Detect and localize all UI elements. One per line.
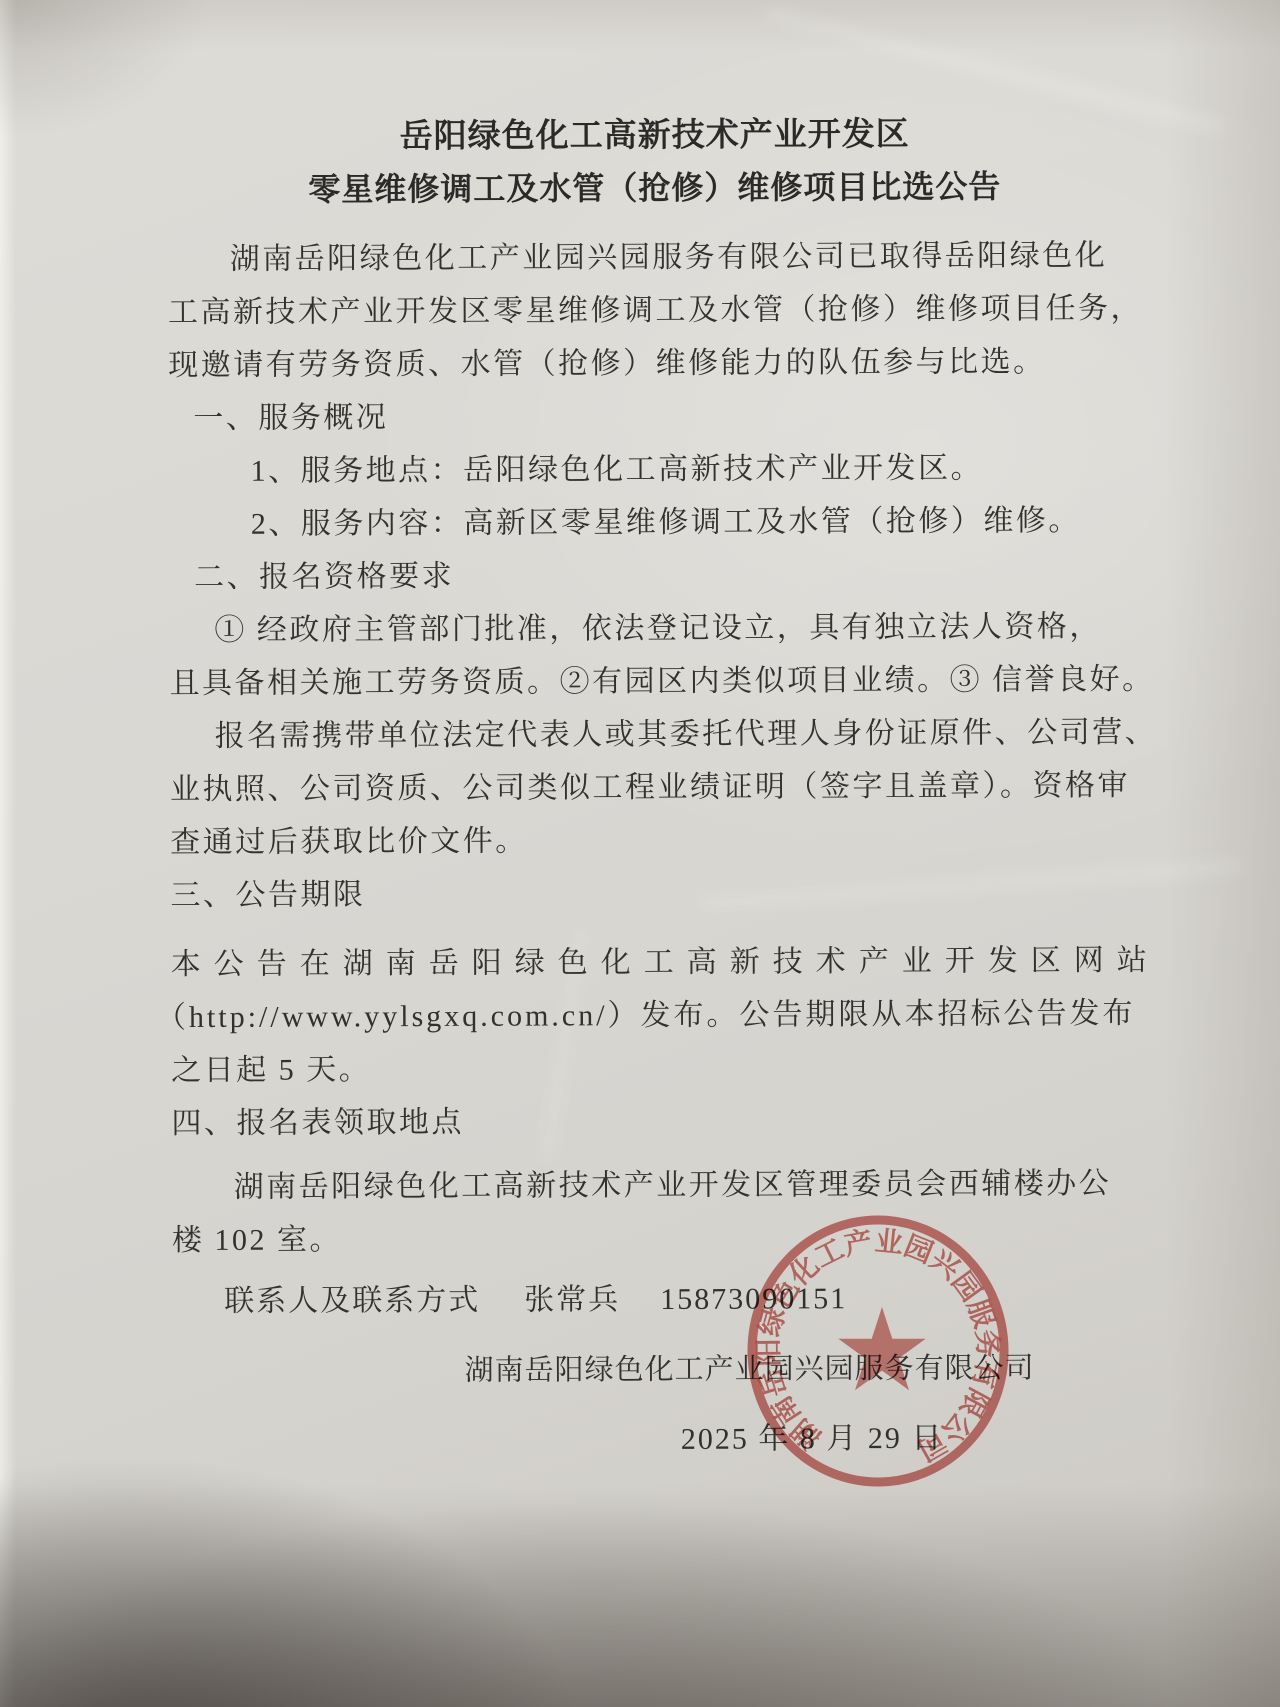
doc-title-line1: 岳阳绿色化工高新技术产业开发区 xyxy=(167,110,1142,160)
doc-line: 现邀请有劳务资质、水管（抢修）维修能力的队伍参与比选。 xyxy=(168,335,1143,392)
doc-line: 报名需携带单位法定代表人或其委托代理人身份证原件、公司营、 xyxy=(170,706,1145,763)
doc-line: 且具备相关施工劳务资质。②有园区内类似项目业绩。③ 信誉良好。 xyxy=(169,653,1144,710)
photographed-paper: 岳阳绿色化工高新技术产业开发区 零星维修调工及水管（抢修）维修项目比选公告 湖南… xyxy=(0,0,1280,1707)
doc-line: 本公告在湖南岳阳绿色化工高新技术产业开发区网站 xyxy=(171,934,1146,991)
contact-name: 张常兵 xyxy=(524,1283,620,1316)
doc-line: 工高新技术产业开发区零星维修调工及水管（抢修）维修项目任务， xyxy=(168,282,1143,339)
doc-line: 业执照、公司资质、公司类似工程业绩证明（签字且盖章）。资格审 xyxy=(170,759,1145,816)
doc-section-heading: 四、报名表领取地点 xyxy=(171,1093,1146,1150)
star-icon xyxy=(838,1307,925,1390)
doc-section-heading: 三、公告期限 xyxy=(170,865,1145,922)
official-seal: 湖南岳阳绿色化工产业园兴园服务有限公司 xyxy=(728,1201,1028,1501)
doc-line: 查通过后获取比价文件。 xyxy=(170,812,1145,869)
doc-section-heading: 一、服务概况 xyxy=(168,388,1143,445)
doc-line-url: （http://www.yylsgxq.com.cn/）发布。公告期限从本招标公… xyxy=(156,987,1146,1044)
contact-label: 联系人及联系方式 xyxy=(224,1284,480,1318)
doc-line: ① 经政府主管部门批准，依法登记设立，具有独立法人资格， xyxy=(169,600,1144,657)
doc-section-heading: 二、报名资格要求 xyxy=(169,547,1144,604)
doc-line: 之日起 5 天。 xyxy=(171,1040,1146,1097)
doc-line: 2、服务内容：高新区零星维修调工及水管（抢修）维修。 xyxy=(169,494,1144,551)
doc-title-line2: 零星维修调工及水管（抢修）维修项目比选公告 xyxy=(167,163,1142,213)
doc-line: 湖南岳阳绿色化工产业园兴园服务有限公司已取得岳阳绿色化 xyxy=(168,229,1143,286)
doc-line: 1、服务地点：岳阳绿色化工高新技术产业开发区。 xyxy=(168,441,1143,498)
